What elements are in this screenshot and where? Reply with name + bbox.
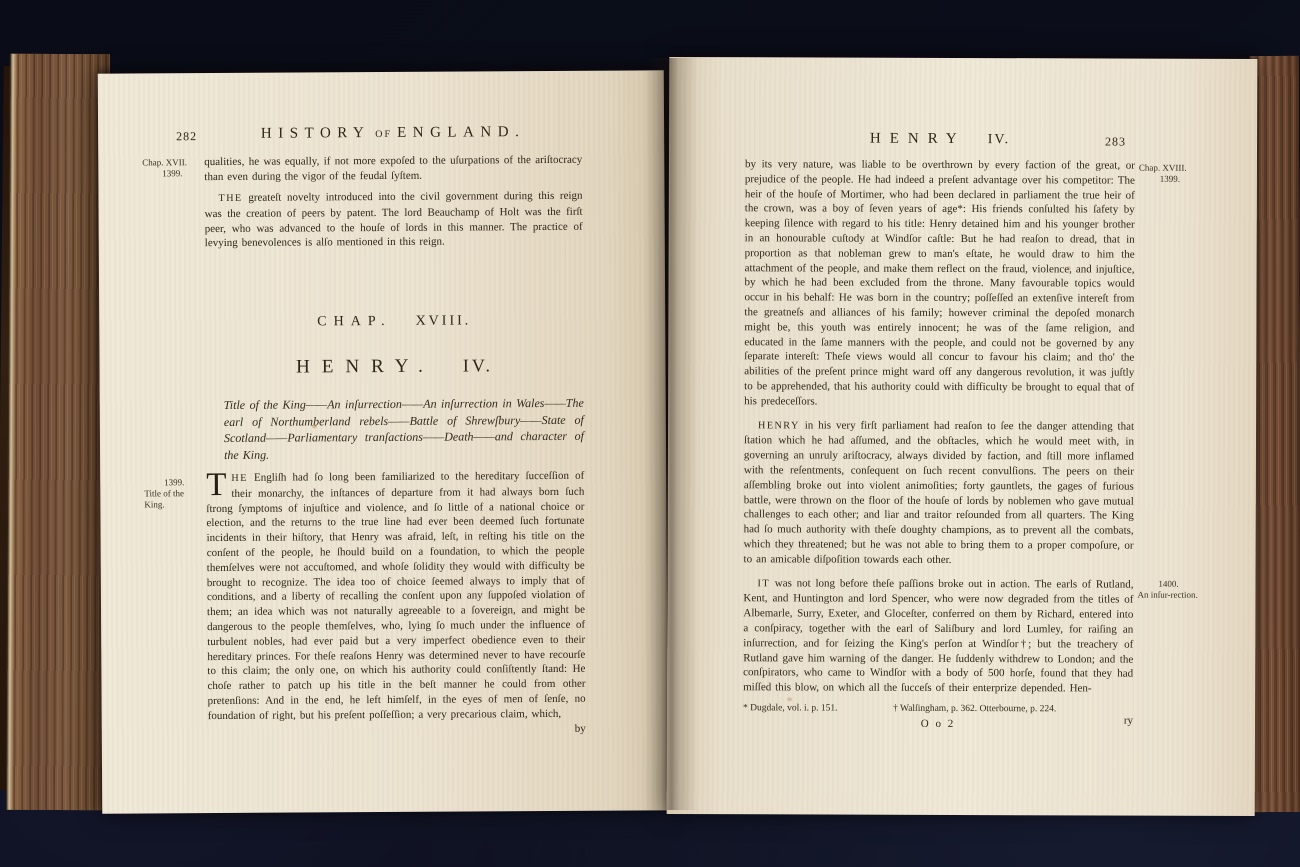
paragraph-first-parliament: HENRY in his very firſt parliament had r… <box>744 418 1135 568</box>
left-page-number: 282 <box>176 129 197 144</box>
paragraph-title-of-the-king: THE Engliſh had ſo long been familiarize… <box>206 469 586 737</box>
chapter-heading-numeral: XVIII. <box>415 313 471 328</box>
paragraph-peers-by-patent: THE greateſt novelty introduced into the… <box>204 189 582 251</box>
margin-note-chap-17: Chap. XVII. 1399. <box>142 157 202 179</box>
paragraph-continuation: qualities, he was equally, if not more e… <box>204 153 582 185</box>
left-page-fore-edge <box>6 54 110 811</box>
paragraph-lead: IT <box>757 578 770 589</box>
gutter-shadow <box>644 58 698 810</box>
paragraph-lead: THE <box>218 193 242 204</box>
running-header-history: HISTORY <box>261 125 371 142</box>
margin-note-chap-18: Chap. XVIII. 1399. <box>1139 163 1201 185</box>
paragraph-lead: HE <box>231 473 248 484</box>
paragraph-text: in his very firſt parliament had reaſon … <box>744 419 1135 566</box>
margin-note-line: Title of the King. <box>144 488 204 510</box>
chapter-title-numeral: IV. <box>463 355 493 375</box>
footnotes: * Dugdale, vol. i. p. 151. † Walſingham,… <box>743 703 1133 715</box>
paragraph-body: THE Engliſh had ſo long been familiarize… <box>206 469 586 724</box>
margin-note-line: Chap. XVIII. <box>1139 163 1201 174</box>
paragraph-lead: HENRY <box>758 420 800 431</box>
left-page: 282 HISTORYOFENGLAND. Chap. XVII. 1399. … <box>98 70 669 813</box>
margin-note-line: An inſur-rection. <box>1137 589 1199 600</box>
margin-note-year: 1399. <box>142 168 202 179</box>
running-header-of: OF <box>375 129 392 140</box>
footnote-dugdale: * Dugdale, vol. i. p. 151. <box>743 703 893 715</box>
book-photo: 282 HISTORYOFENGLAND. Chap. XVII. 1399. … <box>0 0 1300 867</box>
right-page: HENRYIV. 283 Chap. XVIII. 1399. 1400. An… <box>667 57 1258 816</box>
margin-note-insurrection: 1400. An inſur-rection. <box>1137 579 1199 601</box>
chapter-heading-word: CHAP. <box>317 314 391 329</box>
drop-cap: T <box>206 471 231 499</box>
right-body-column: by its very nature, was liable to be ove… <box>743 157 1135 730</box>
chapter-argument: Title of the King——An inſurrection——An i… <box>224 395 584 463</box>
margin-note-year: 1400. <box>1137 579 1199 590</box>
paragraph-text: greateſt novelty introduced into the civ… <box>205 190 583 250</box>
right-page-fore-edge <box>1250 56 1300 812</box>
paragraph-conspiracy: IT was not long before theſe paſſions br… <box>743 576 1133 697</box>
chapter-title-word: HENRY. <box>296 356 435 378</box>
right-running-header: HENRYIV. <box>745 129 1135 148</box>
chapter-title: HENRY.IV. <box>205 355 583 379</box>
signature-row: O o 2 ry <box>743 717 1133 730</box>
paragraph-title-continuation: by its very nature, was liable to be ove… <box>744 157 1135 410</box>
left-running-header: HISTORYOFENGLAND. <box>204 123 582 143</box>
running-header-henry: HENRY <box>870 131 966 147</box>
margin-note-line: Chap. XVII. <box>142 157 202 168</box>
signature-mark: O o 2 <box>743 717 1133 730</box>
chapter-heading: CHAP.XVIII. <box>205 311 583 331</box>
right-page-number: 283 <box>1105 134 1126 149</box>
catchword: by <box>208 722 586 736</box>
paragraph-text: was not long before theſe paſſions broke… <box>743 577 1133 695</box>
running-header-england: ENGLAND. <box>397 124 525 141</box>
running-header-numeral: IV. <box>988 132 1011 147</box>
footnote-walsingham: † Walſingham, p. 362. Otterbourne, p. 22… <box>893 704 1056 716</box>
margin-note-year: 1399. <box>144 477 204 488</box>
margin-note-year: 1399. <box>1139 173 1201 184</box>
catchword: ry <box>1124 714 1133 726</box>
paragraph-text: Engliſh had ſo long been familiarized to… <box>206 470 585 722</box>
margin-note-title-of-king: 1399. Title of the King. <box>144 477 204 510</box>
